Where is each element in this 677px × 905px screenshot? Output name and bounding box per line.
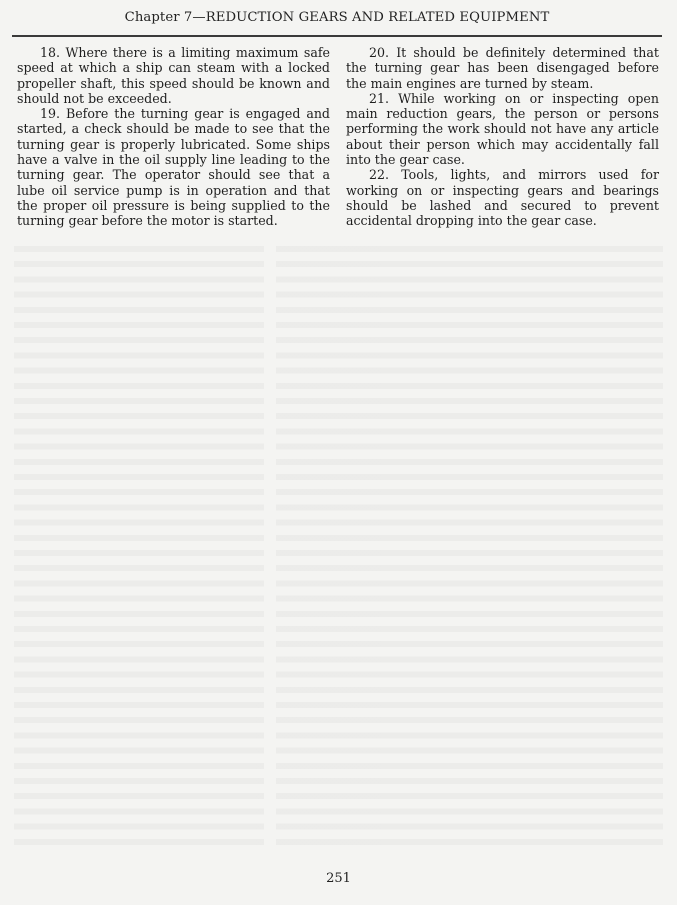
paragraph-19: 19. Before the turning gear is engaged a… [17,106,330,228]
document-page: Chapter 7—REDUCTION GEARS AND RELATED EQ… [0,0,677,905]
paragraph-22: 22. Tools, lights, and mirrors used for … [346,167,659,228]
reverse-side-bleed-through [14,240,663,850]
paragraph-21: 21. While working on or inspecting open … [346,91,659,167]
chapter-header: Chapter 7—REDUCTION GEARS AND RELATED EQ… [12,10,662,25]
paragraph-20: 20. It should be definitely determined t… [346,45,659,91]
paragraph-18: 18. Where there is a limiting maximum sa… [17,45,330,106]
page-number: 251 [0,871,677,886]
right-column: 20. It should be definitely determined t… [346,45,659,229]
left-column: 18. Where there is a limiting maximum sa… [17,45,330,229]
header-rule [12,35,662,37]
bleed-gutter [264,240,276,850]
